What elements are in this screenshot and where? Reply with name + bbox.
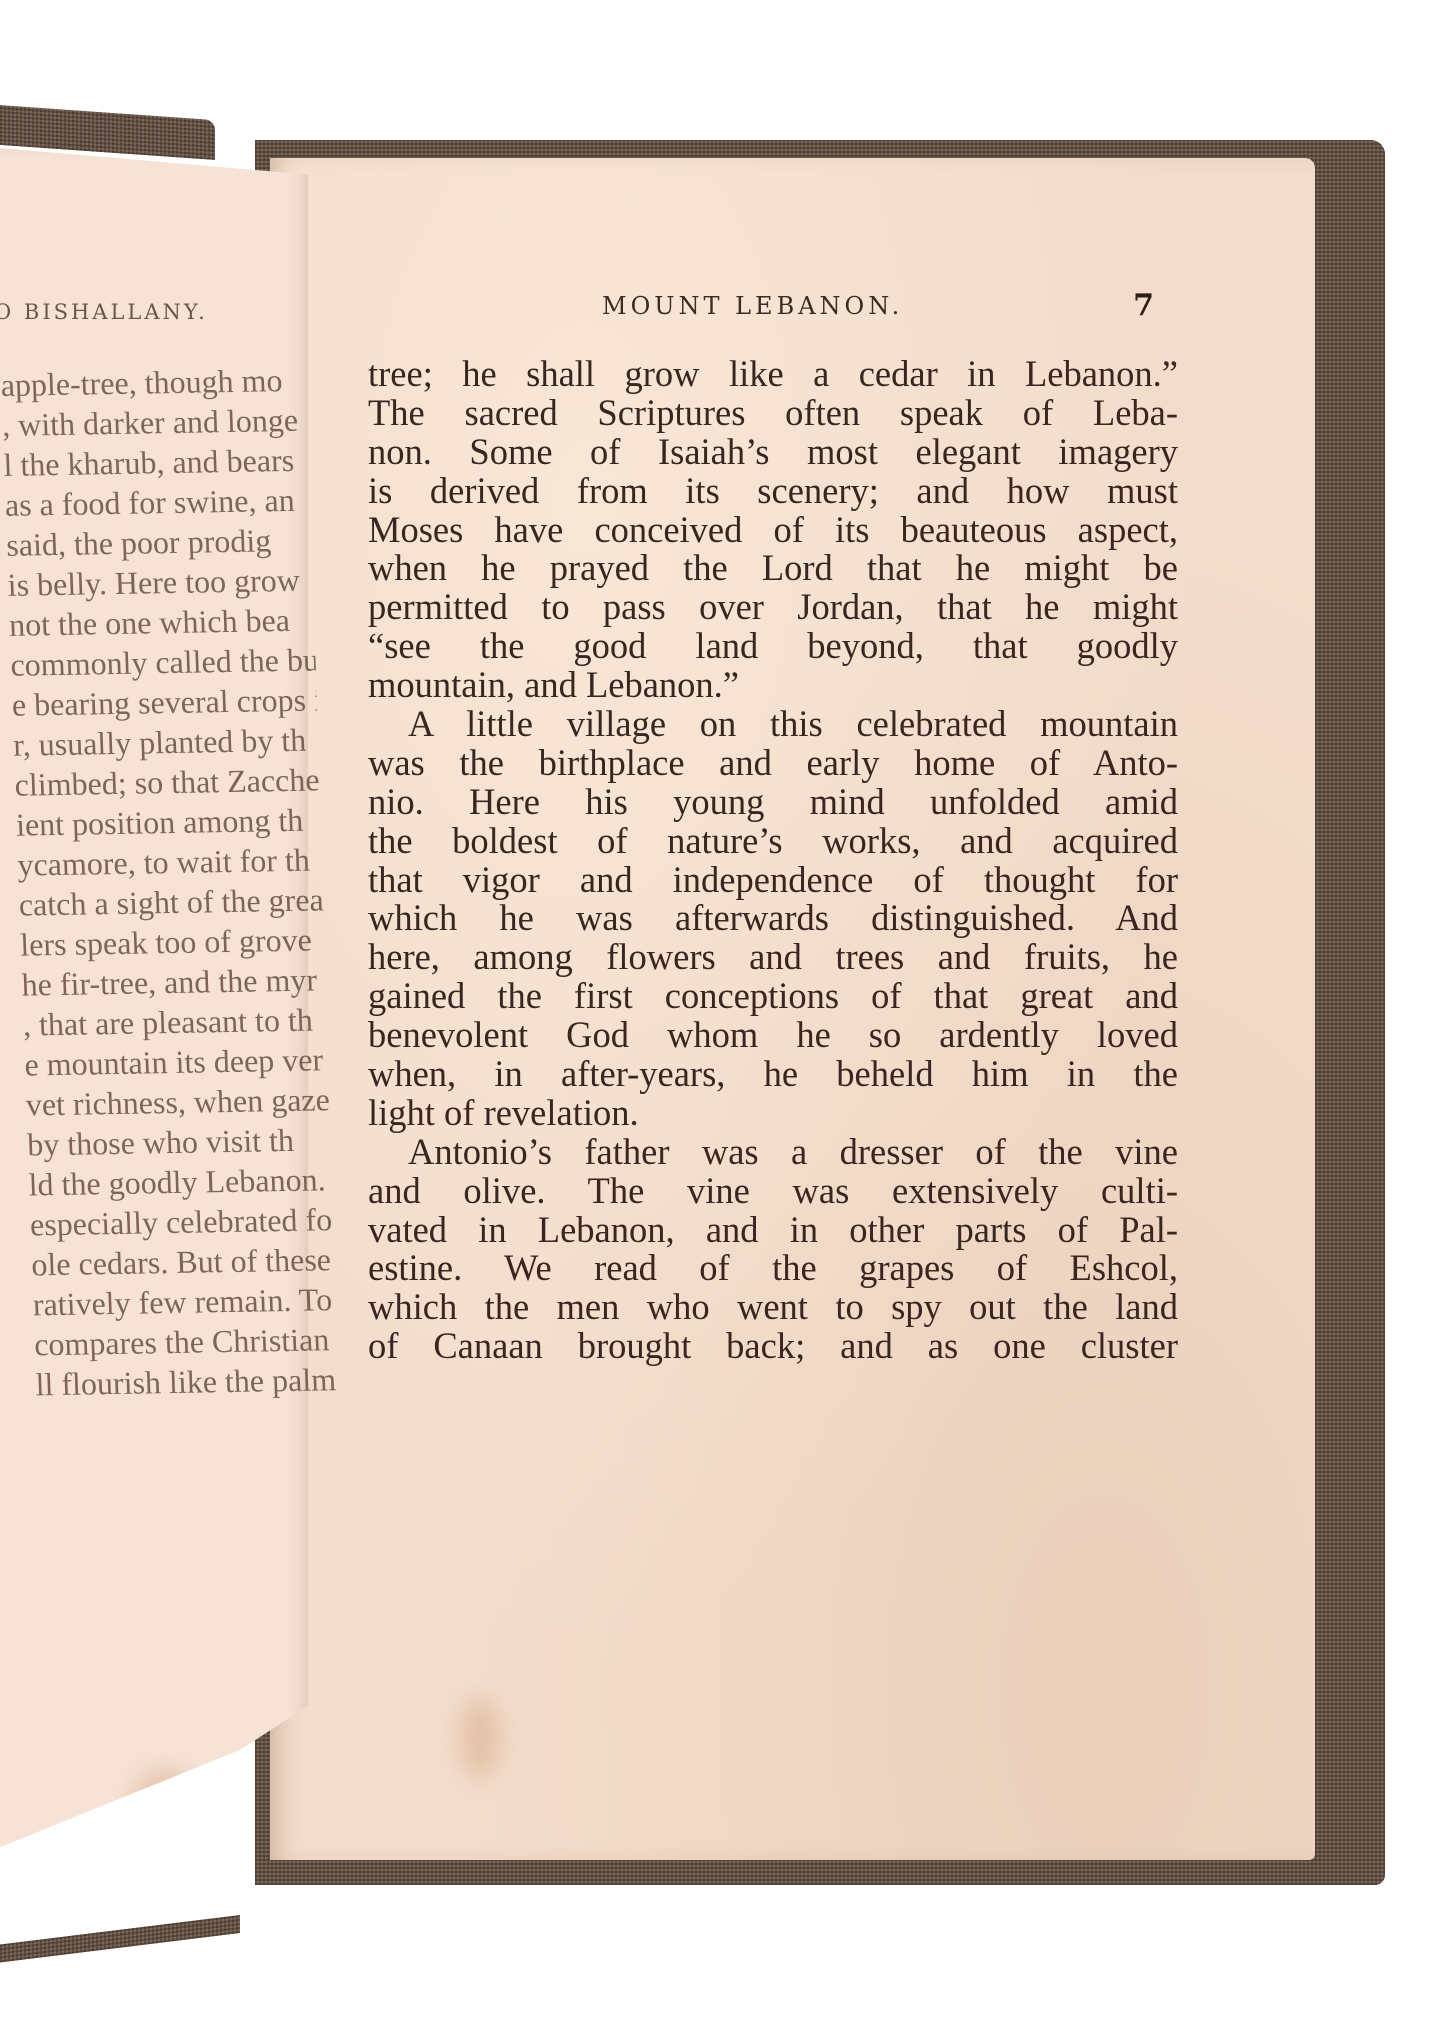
- text-line: was the birthplace and early home of Ant…: [368, 744, 1178, 783]
- text-line: Moses have conceived of its beauteous as…: [368, 511, 1178, 550]
- left-page-text: apple-tree, though mo , with darker and …: [0, 360, 341, 1405]
- text-line: climbed; so that Zacche: [14, 759, 320, 804]
- text-line: the boldest of nature’s works, and acqui…: [368, 822, 1178, 861]
- text-line: ient position among th: [15, 799, 321, 844]
- text-line: Antonio’s father was a dresser of the vi…: [368, 1133, 1178, 1172]
- running-head: MOUNT LEBANON. 7: [560, 292, 1160, 332]
- text-line: benevolent God whom he so ardently loved: [368, 1016, 1178, 1055]
- text-line: e bearing several crops i: [11, 679, 317, 724]
- text-line: ole cedars. But of these: [31, 1239, 337, 1284]
- text-line: ycamore, to wait for th: [17, 839, 323, 884]
- text-line: is belly. Here too grow: [7, 560, 313, 605]
- text-line: apple-tree, though mo: [0, 360, 306, 405]
- text-line: vated in Lebanon, and in other parts of …: [368, 1211, 1178, 1250]
- text-line: commonly called the bu: [10, 640, 316, 685]
- text-line: estine. We read of the grapes of Eshcol,: [368, 1249, 1178, 1288]
- text-line: of Canaan brought back; and as one clust…: [368, 1327, 1178, 1366]
- text-line: gained the first conceptions of that gre…: [368, 977, 1178, 1016]
- text-line: especially celebrated fo: [29, 1199, 335, 1244]
- text-line: which the men who went to spy out the la…: [368, 1288, 1178, 1327]
- page-number: 7: [1133, 288, 1154, 323]
- text-line: said, the poor prodig: [6, 520, 312, 565]
- text-line: that vigor and independence of thought f…: [368, 861, 1178, 900]
- text-line: light of revelation.: [368, 1094, 1178, 1133]
- text-line: as a food for swine, an: [4, 480, 310, 525]
- running-title: MOUNT LEBANON.: [602, 292, 903, 320]
- left-running-head: O BISHALLANY.: [0, 300, 208, 324]
- book-cover-left-bottom-edge: [0, 1915, 240, 1962]
- text-line: vet richness, when gazed: [25, 1079, 331, 1124]
- text-line: mountain, and Lebanon.”: [368, 666, 1178, 705]
- text-line: and olive. The vine was extensively cult…: [368, 1172, 1178, 1211]
- text-line: catch a sight of the grea: [18, 879, 324, 924]
- foxing-stain: [130, 1768, 200, 1838]
- text-line: is derived from its scenery; and how mus…: [368, 472, 1178, 511]
- text-line: compares the Christian: [34, 1319, 340, 1364]
- text-line: r, usually planted by th: [13, 719, 319, 764]
- text-line: when he prayed the Lord that he might be: [368, 549, 1178, 588]
- text-line: by those who visit th: [27, 1119, 333, 1164]
- text-line: here, among flowers and trees and fruits…: [368, 938, 1178, 977]
- text-line: when, in after-years, he beheld him in t…: [368, 1055, 1178, 1094]
- right-page-body-text: tree; he shall grow like a cedar in Leba…: [368, 355, 1178, 1366]
- text-line: tree; he shall grow like a cedar in Leba…: [368, 355, 1178, 394]
- text-line: ratively few remain. To: [32, 1279, 338, 1324]
- text-line: “see the good land beyond, that goodly: [368, 627, 1178, 666]
- text-line: nio. Here his young mind unfolded amid: [368, 783, 1178, 822]
- text-line: , that are pleasant to th: [22, 999, 328, 1044]
- foxing-stain: [460, 1698, 500, 1778]
- text-line: ld the goodly Lebanon.: [28, 1159, 334, 1204]
- text-line: A little village on this celebrated moun…: [368, 705, 1178, 744]
- text-line: e mountain its deep ver: [24, 1039, 330, 1084]
- text-line: The sacred Scriptures often speak of Leb…: [368, 394, 1178, 433]
- text-line: , with darker and longe: [1, 400, 307, 445]
- text-line: lers speak too of grove: [20, 919, 326, 964]
- text-line: permitted to pass over Jordan, that he m…: [368, 588, 1178, 627]
- text-line: non. Some of Isaiah’s most elegant image…: [368, 433, 1178, 472]
- text-line: l the kharub, and bears: [3, 440, 309, 485]
- text-line: not the one which bea: [8, 600, 314, 645]
- text-line: he fir-tree, and the myr: [21, 959, 327, 1004]
- text-line: which he was afterwards distinguished. A…: [368, 899, 1178, 938]
- text-line: ll flourish like the palm: [35, 1359, 341, 1404]
